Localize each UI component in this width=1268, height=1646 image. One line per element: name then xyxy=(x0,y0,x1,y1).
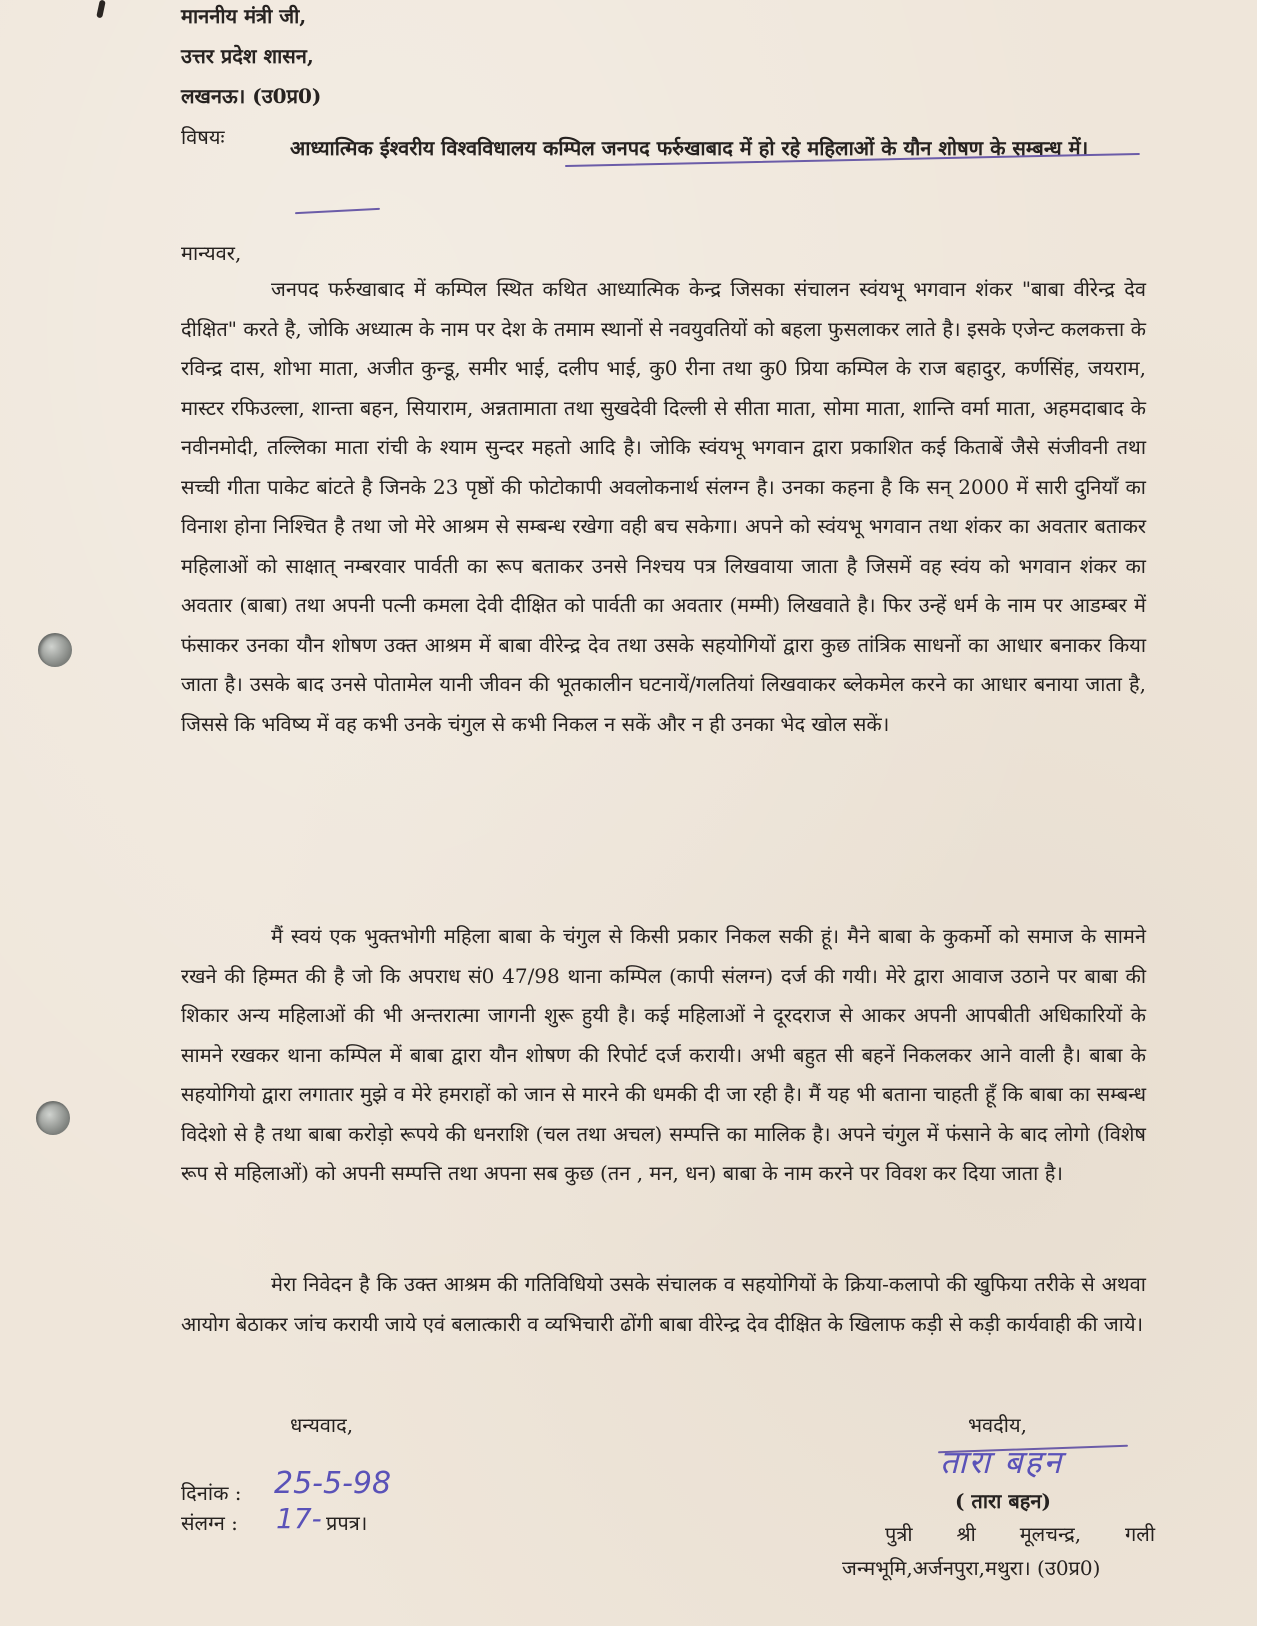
subject-label: विषयः xyxy=(181,127,225,147)
paragraph-text: मेरा निवेदन है कि उक्त आश्रम की गतिविधिय… xyxy=(181,1265,1146,1344)
enclosure-suffix: प्रपत्र। xyxy=(326,1513,367,1533)
signatory-address: जन्मभूमि,अर्जनपुरा,मथुरा। (उ0प्र0) xyxy=(842,1558,1100,1578)
handwritten-date: 25-5-98 xyxy=(274,1466,391,1501)
handwritten-signature: तारा बहन xyxy=(940,1440,1063,1483)
punch-hole-top xyxy=(38,633,72,667)
recipient-line-2: उत्तर प्रदेश शासन, xyxy=(181,46,314,66)
signatory-parent: पुत्री श्री मूलचन्द्र, गली xyxy=(885,1524,1155,1544)
ink-mark xyxy=(96,0,106,18)
body-paragraph-2: मैं स्वयं एक भुक्तभोगी महिला बाबा के चंग… xyxy=(181,917,1146,1194)
body-paragraph-1: जनपद फर्रुखाबाद में कम्पिल स्थित कथित आध… xyxy=(181,270,1146,744)
date-label: दिनांक : xyxy=(181,1483,242,1503)
signatory-name: ( तारा बहन) xyxy=(955,1491,1051,1511)
paragraph-text: जनपद फर्रुखाबाद में कम्पिल स्थित कथित आध… xyxy=(181,270,1146,744)
handwritten-enclosure-count: 17- xyxy=(276,1502,322,1535)
enclosure-label: संलग्न : xyxy=(181,1513,238,1533)
letter-page: माननीय मंत्री जी, उत्तर प्रदेश शासन, लखन… xyxy=(0,0,1257,1626)
pen-underline-short xyxy=(295,208,380,214)
salutation: मान्यवर, xyxy=(181,243,241,263)
yours-faithfully: भवदीय, xyxy=(968,1415,1027,1435)
body-paragraph-3: मेरा निवेदन है कि उक्त आश्रम की गतिविधिय… xyxy=(181,1265,1146,1344)
punch-hole-bottom xyxy=(36,1101,70,1135)
paragraph-text: मैं स्वयं एक भुक्तभोगी महिला बाबा के चंग… xyxy=(181,917,1146,1194)
thanks: धन्यवाद, xyxy=(290,1415,353,1435)
recipient-line-1: माननीय मंत्री जी, xyxy=(181,6,306,26)
recipient-line-3: लखनऊ। (उ0प्र0) xyxy=(181,86,321,106)
